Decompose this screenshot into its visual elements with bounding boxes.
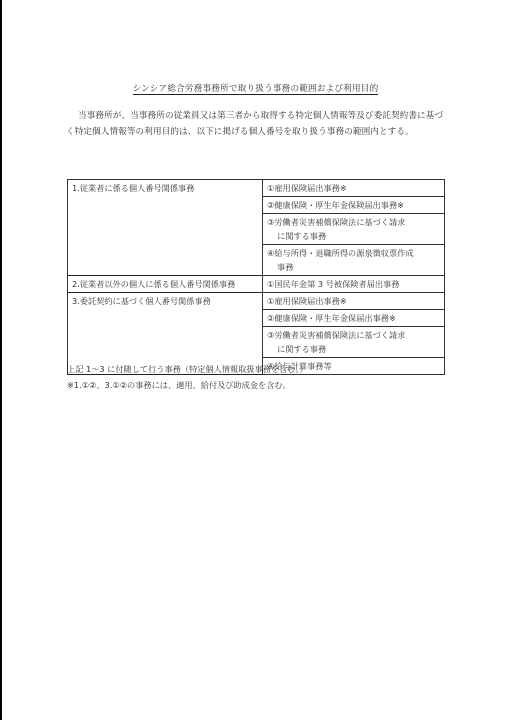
page-left-border xyxy=(0,0,2,720)
category-cell: 2.従業者以外の個人に係る個人番号関係事務 xyxy=(68,276,263,293)
table-row: 1.従業者に係る個人番号関係事務 ①雇用保険届出事務※ xyxy=(68,180,445,197)
item-cell: ①雇用保険届出事務※ xyxy=(263,293,445,310)
item-text-cont: に関する事務 xyxy=(267,342,440,356)
document-title-text: シンシア総合労務事務所で取り扱う事務の範囲および利用目的 xyxy=(133,84,379,95)
note-line: 上記 1～3 に付随して行う事務（特定個人情報取扱事務を含む。） xyxy=(67,361,308,377)
item-cell: ②健康保険・厚生年金保険届出事務※ xyxy=(263,197,445,214)
intro-paragraph: 当事務所が、当事務所の従業員又は第三者から取得する特定個人情報等及び委託契約書に… xyxy=(66,108,446,140)
item-text: ④給与所得・退職所得の源泉徴収票作成 xyxy=(267,248,414,258)
notes: 上記 1～3 に付随して行う事務（特定個人情報取扱事務を含む。） ※1.①②、3… xyxy=(67,361,308,393)
document-title: シンシア総合労務事務所で取り扱う事務の範囲および利用目的 xyxy=(0,82,511,94)
item-cell: ①雇用保険届出事務※ xyxy=(263,180,445,197)
category-cell: 1.従業者に係る個人番号関係事務 xyxy=(68,180,263,276)
item-text: ①雇用保険届出事務※ xyxy=(267,296,347,306)
item-cell: ②健康保険・厚生年金保届出事務※ xyxy=(263,310,445,327)
item-text: ③労働者災害補償保険法に基づく請求 xyxy=(267,330,405,340)
note-line: ※1.①②、3.①②の事務には、適用、給付及び助成金を含む。 xyxy=(67,377,308,393)
table-row: 2.従業者以外の個人に係る個人番号関係事務 ①国民年金第 3 号被保険者届出事務 xyxy=(68,276,445,293)
table-row: 3.委託契約に基づく個人番号関係事務 ①雇用保険届出事務※ xyxy=(68,293,445,310)
item-text: ②健康保険・厚生年金保険届出事務※ xyxy=(267,200,404,210)
item-cell: ①国民年金第 3 号被保険者届出事務 xyxy=(263,276,445,293)
item-text: ①国民年金第 3 号被保険者届出事務 xyxy=(267,279,399,289)
item-text: ②健康保険・厚生年金保届出事務※ xyxy=(267,313,396,323)
scope-table: 1.従業者に係る個人番号関係事務 ①雇用保険届出事務※ ②健康保険・厚生年金保険… xyxy=(67,179,445,375)
item-cell: ③労働者災害補償保険法に基づく請求に関する事務 xyxy=(263,214,445,245)
item-text-cont: 事務 xyxy=(267,260,440,274)
item-text-cont: に関する事務 xyxy=(267,229,440,243)
item-text: ③労働者災害補償保険法に基づく請求 xyxy=(267,217,405,227)
item-cell: ③労働者災害補償保険法に基づく請求に関する事務 xyxy=(263,327,445,358)
item-cell: ④給与所得・退職所得の源泉徴収票作成事務 xyxy=(263,245,445,276)
item-text: ①雇用保険届出事務※ xyxy=(267,183,347,193)
